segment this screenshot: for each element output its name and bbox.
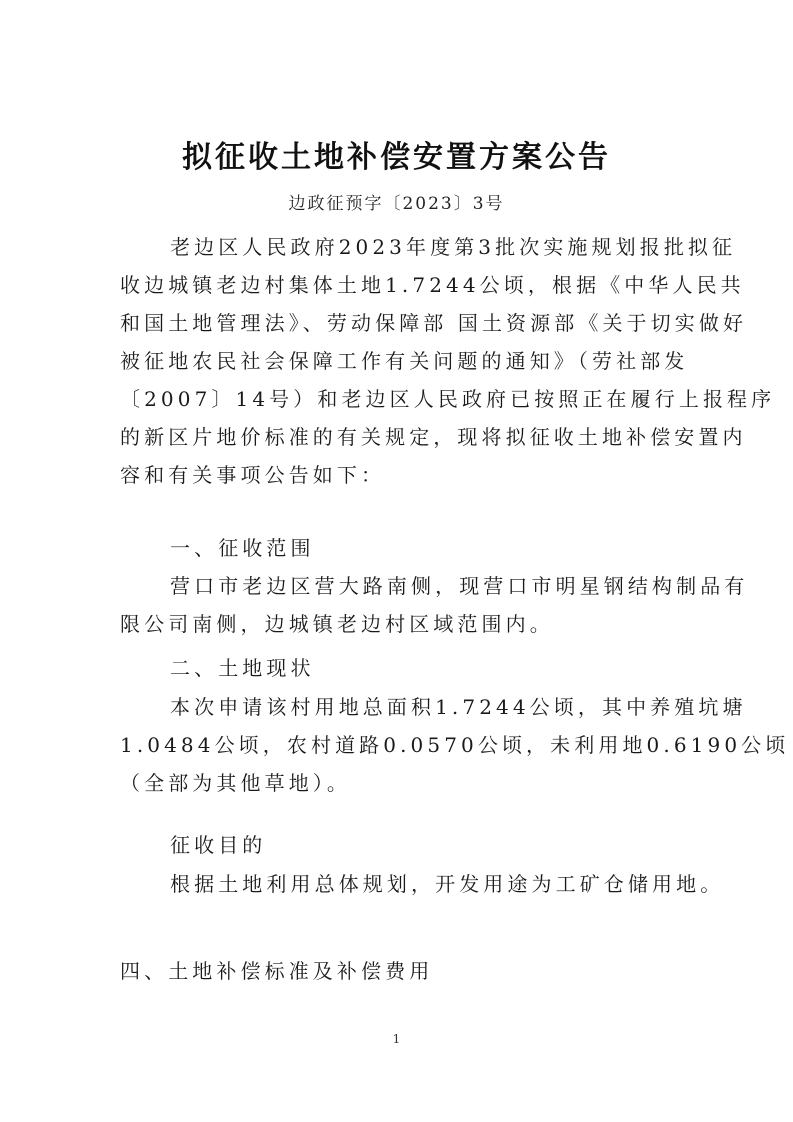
purpose-paragraph: 根据土地利用总体规划，开发用途为工矿仓储用地。 bbox=[120, 865, 673, 903]
section-heading-land-status: 二、土地现状 bbox=[120, 649, 673, 687]
section-heading-purpose: 征收目的 bbox=[120, 826, 673, 864]
land-status-paragraph: 本次申请该村用地总面积1.7244公顷，其中养殖坑塘 1.0484公顷，农村道路… bbox=[120, 688, 673, 802]
section-heading-scope: 一、征收范围 bbox=[120, 529, 673, 567]
paragraph-line: 本次申请该村用地总面积1.7244公顷，其中养殖坑塘 bbox=[120, 688, 673, 726]
document-page: 拟征收土地补偿安置方案公告 边政征预字〔2023〕3号 老边区人民政府2023年… bbox=[0, 0, 793, 1122]
paragraph-line: 收边城镇老边村集体土地1.7244公顷，根据《中华人民共 bbox=[120, 266, 673, 304]
section-heading: 一、征收范围 bbox=[120, 529, 673, 567]
scope-paragraph: 营口市老边区营大路南侧，现营口市明星钢结构制品有 限公司南侧，边城镇老边村区域范… bbox=[120, 567, 673, 643]
section-heading: 征收目的 bbox=[120, 826, 673, 864]
paragraph-line: 容和有关事项公告如下： bbox=[120, 456, 673, 494]
paragraph-line: 被征地农民社会保障工作有关问题的通知》（劳社部发 bbox=[120, 342, 673, 380]
paragraph-line: 的新区片地价标准的有关规定，现将拟征收土地补偿安置内 bbox=[120, 418, 673, 456]
paragraph-line: 限公司南侧，边城镇老边村区域范围内。 bbox=[120, 605, 673, 643]
paragraph-line: 1.0484公顷，农村道路0.0570公顷，未利用地0.6190公顷 bbox=[120, 726, 673, 764]
page-title: 拟征收土地补偿安置方案公告 bbox=[0, 138, 793, 178]
paragraph-line: 〔2007〕14号）和老边区人民政府已按照正在履行上报程序 bbox=[120, 380, 673, 418]
paragraph-line: （全部为其他草地）。 bbox=[120, 764, 673, 802]
paragraph-line: 和国土地管理法》、劳动保障部 国土资源部《关于切实做好 bbox=[120, 304, 673, 342]
section-heading: 二、土地现状 bbox=[120, 649, 673, 687]
page-number: 1 bbox=[0, 1032, 793, 1046]
intro-paragraph: 老边区人民政府2023年度第3批次实施规划报批拟征 收边城镇老边村集体土地1.7… bbox=[120, 228, 673, 494]
document-number: 边政征预字〔2023〕3号 bbox=[0, 192, 793, 216]
section-heading-compensation: 四、土地补偿标准及补偿费用 bbox=[120, 952, 673, 990]
paragraph-line: 老边区人民政府2023年度第3批次实施规划报批拟征 bbox=[120, 228, 673, 266]
paragraph-line: 营口市老边区营大路南侧，现营口市明星钢结构制品有 bbox=[120, 567, 673, 605]
paragraph-line: 根据土地利用总体规划，开发用途为工矿仓储用地。 bbox=[120, 865, 673, 903]
section-heading: 四、土地补偿标准及补偿费用 bbox=[120, 952, 673, 990]
